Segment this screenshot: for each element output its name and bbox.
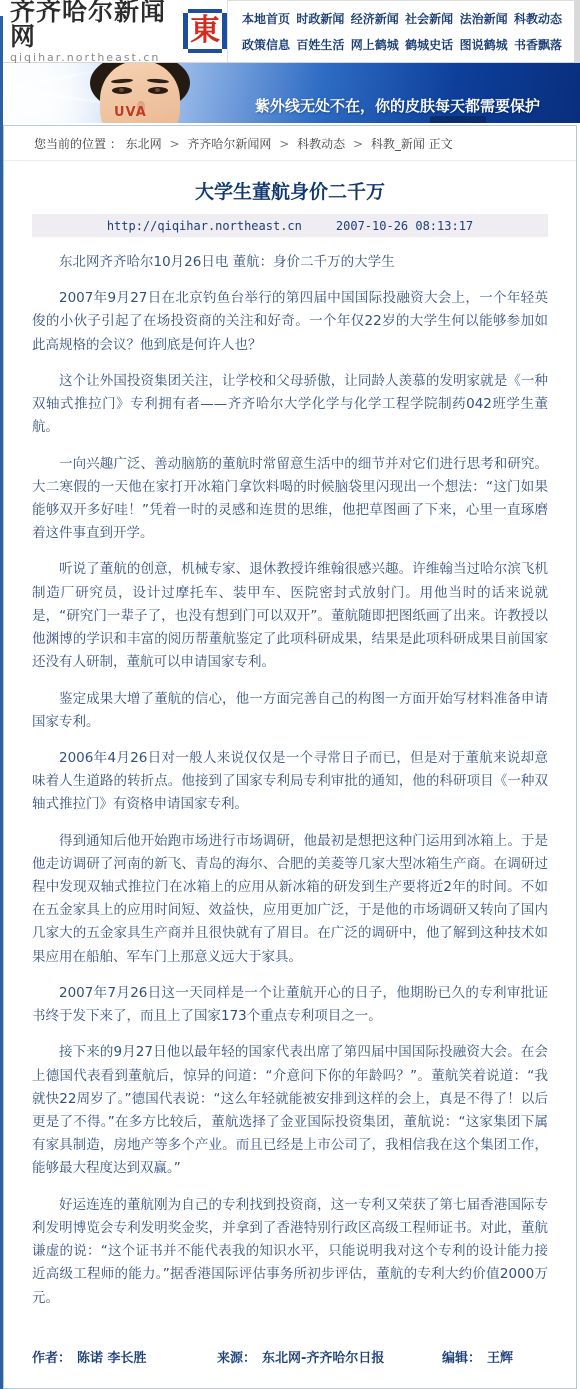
breadcrumb-link-science-education[interactable]: 科教动态 [297,137,345,151]
breadcrumb-prefix: 您当前的位置 ： [34,137,122,151]
breadcrumb-link-qiqihar-news[interactable]: 齐齐哈尔新闻网 [187,137,271,151]
article-paragraph: 这个让外国投资集团关注，让学校和父母骄傲，让同龄人羡慕的发明家就是《一种双轴式推… [32,370,548,440]
page: 齐齐哈尔新闻网 qiqihar.northeast.cn 東 本地首页 时政新闻… [0,0,580,1389]
breadcrumb-current: 正文 [429,137,453,151]
article-author: 作者： 陈诺 李长胜 [32,1347,217,1366]
nav-link-online-hecheng[interactable]: 网上鹤城 [351,36,399,53]
nav-link-economy-news[interactable]: 经济新闻 [351,10,399,27]
article-paragraph: 得到通知后他开始跑市场进行市场调研，他最初是想把这种门运用到冰箱上。于是他走访调… [32,830,548,969]
nav-link-policy-info[interactable]: 政策信息 [242,36,290,53]
site-url-text: qiqihar.northeast.cn [10,52,175,63]
nav-link-hecheng-history[interactable]: 鹤城史话 [405,36,453,53]
nav-link-law-news[interactable]: 法治新闻 [460,10,508,27]
article-paragraph: 2007年9月27日在北京钓鱼台举行的第四届中国国际投融资大会上，一个年轻英俊的… [32,287,548,357]
header-right-strip [574,0,580,62]
article-editor: 编辑： 王辉 [442,1347,513,1366]
banner-slogan: 紫外线无处不在，你的皮肤每天都需要保护 [255,95,575,116]
article-source-bar: http://qiqihar.northeast.cn 2007-10-26 0… [32,214,548,237]
article-meta-footer: 作者： 陈诺 李长胜 来源： 东北网-齐齐哈尔日报 编辑： 王辉 [4,1331,576,1370]
uv-protection-ad-banner[interactable]: UVA 紫外线无处不在，你的皮肤每天都需要保护 [0,63,580,123]
breadcrumb-link-northeast-net[interactable]: 东北网 [126,137,162,151]
woman-face-image: UVA [96,67,184,123]
article-title: 大学生董航身价二千万 [4,177,576,204]
article-paragraph: 2006年4月26日对一般人来说仅仅是一个寻常日子而已，但是对于董航来说却意味着… [32,747,548,817]
nav-link-politics-news[interactable]: 时政新闻 [296,10,344,27]
nav-link-hecheng-pictures[interactable]: 图说鹤城 [460,36,508,53]
nav-row-1: 本地首页 时政新闻 经济新闻 社会新闻 法治新闻 科教动态 [242,10,562,27]
content-frame: 您当前的位置 ： 东北网 > 齐齐哈尔新闻网 > 科教动态 > 科教_新闻 正文… [3,125,577,1389]
logo-text: 齐齐哈尔新闻网 qiqihar.northeast.cn [10,0,175,63]
article-paragraph: 东北网齐齐哈尔10月26日电 董航：身价二千万的大学生 [32,251,548,274]
article-body: 东北网齐齐哈尔10月26日电 董航：身价二千万的大学生 2007年9月27日在北… [4,237,576,1331]
nav-link-people-life[interactable]: 百姓生活 [296,36,344,53]
article-paragraph: 好运连连的董航刚为自己的专利找到投资商，这一专利又荣获了第七届香港国际专利发明博… [32,1194,548,1310]
site-header: 齐齐哈尔新闻网 qiqihar.northeast.cn 東 本地首页 时政新闻… [0,0,580,63]
breadcrumb-link-science-news[interactable]: 科教_新闻 [371,137,425,151]
article-paragraph: 一向兴趣广泛、善动脑筋的董航时常留意生活中的细节并对它们进行思考和研究。大二寒假… [32,453,548,546]
article-paragraph: 接下来的9月27日他以最年轻的国家代表出席了第四届中国国际投融资大会。在会上德国… [32,1041,548,1180]
site-logo[interactable]: 齐齐哈尔新闻网 qiqihar.northeast.cn 東 [0,0,228,62]
nav-link-science-education[interactable]: 科教动态 [514,10,562,27]
uva-text: UVA [114,105,147,120]
nav-link-society-news[interactable]: 社会新闻 [405,10,453,27]
site-name: 齐齐哈尔新闻网 [10,0,175,49]
nav-link-book-fragrance[interactable]: 书香飘落 [514,36,562,53]
northeast-net-logo-icon: 東 [183,9,227,53]
article-datetime: 2007-10-26 08:13:17 [336,219,473,233]
main-nav: 本地首页 时政新闻 经济新闻 社会新闻 法治新闻 科教动态 政策信息 百姓生活 … [228,0,580,62]
article-source: 来源： 东北网-齐齐哈尔日报 [217,1347,442,1366]
nav-link-local-home[interactable]: 本地首页 [242,10,290,27]
article-source-url: http://qiqihar.northeast.cn [107,219,302,233]
article-paragraph: 2007年7月26日这一天同样是一个让董航开心的日子，他期盼已久的专利审批证书终… [32,982,548,1028]
article-paragraph: 听说了董航的创意，机械专家、退休教授许维翰很感兴趣。许维翰当过哈尔滨飞机制造厂研… [32,558,548,674]
page-left-border [0,16,3,1389]
nav-row-2: 政策信息 百姓生活 网上鹤城 鹤城史话 图说鹤城 书香飘落 [242,36,562,53]
article-paragraph: 鉴定成果大增了董航的信心，他一方面完善自己的构图一方面开始写材料准备申请国家专利… [32,688,548,734]
banner-partial-text [430,116,486,123]
breadcrumb: 您当前的位置 ： 东北网 > 齐齐哈尔新闻网 > 科教动态 > 科教_新闻 正文 [4,126,576,161]
